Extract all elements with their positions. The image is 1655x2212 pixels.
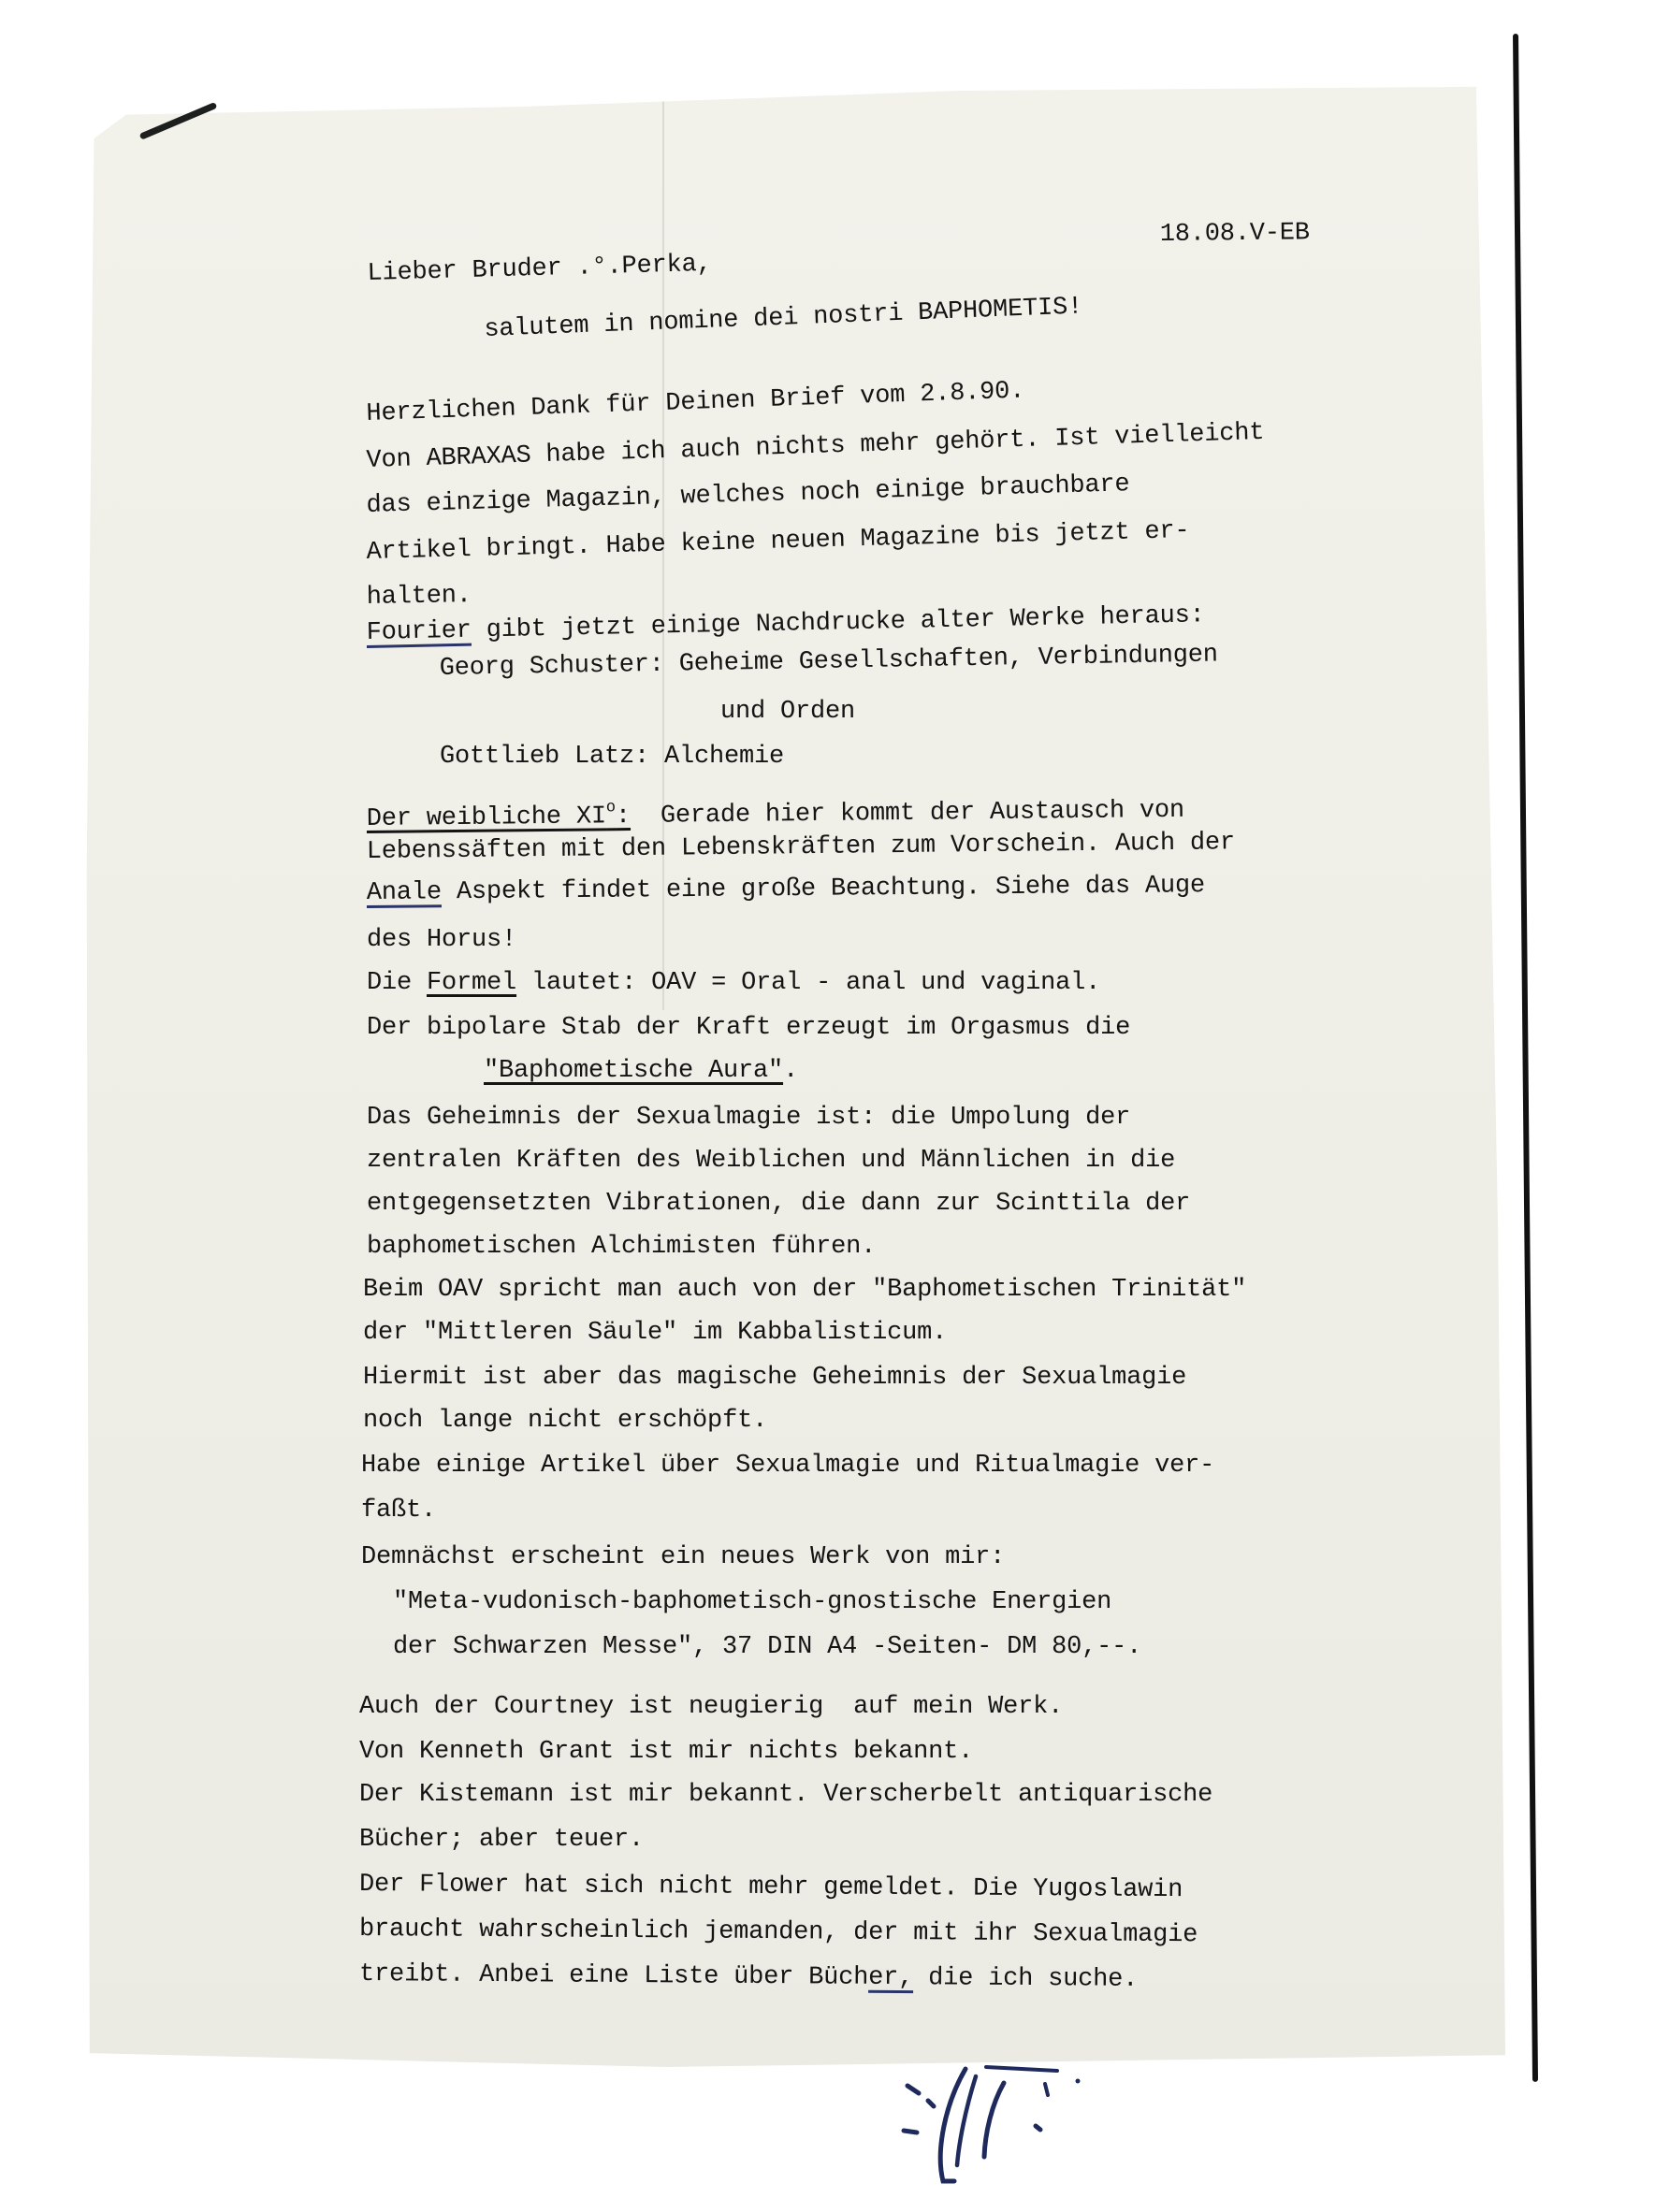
body-line: Bücher; aber teuer. — [359, 1828, 644, 1853]
line-text: . — [783, 1057, 798, 1085]
underlined-weibliche: Der weibliche XIo: — [367, 802, 631, 833]
underlined-pen-mark: er, — [868, 1964, 913, 1992]
body-line: Von Kenneth Grant ist mir nichts bekannt… — [359, 1740, 973, 1765]
body-line-closing: treibt. Anbei eine Liste über Bücher, di… — [359, 1962, 1138, 1993]
page-edge-shadow — [1513, 34, 1538, 2082]
book-title-line: der Schwarzen Messe", 37 DIN A4 -Seiten-… — [393, 1635, 1141, 1660]
body-line: Der bipolare Stab der Kraft erzeugt im O… — [367, 1016, 1130, 1041]
line-text: Der weibliche XI — [367, 802, 606, 833]
body-line: Beim OAV spricht man auch von der "Bapho… — [363, 1278, 1246, 1303]
body-line: Der Flower hat sich nicht mehr gemeldet.… — [359, 1872, 1183, 1903]
body-line: braucht wahrscheinlich jemanden, der mit… — [359, 1917, 1198, 1948]
body-line: der "Mittleren Säule" im Kabbalisticum. — [363, 1321, 947, 1346]
signature-mark — [898, 2058, 1141, 2198]
body-line: Hiermit ist aber das magische Geheimnis … — [363, 1366, 1186, 1391]
line-text: : — [616, 802, 631, 831]
body-line: Das Geheimnis der Sexualmagie ist: die U… — [367, 1106, 1130, 1131]
book-entry-schuster-cont: und Orden — [720, 700, 855, 725]
body-line-formel: Die Formel lautet: OAV = Oral - anal und… — [367, 971, 1100, 996]
line-text: Gerade hier kommt der Austausch von — [631, 797, 1184, 831]
body-line: Habe einige Artikel über Sexualmagie und… — [361, 1453, 1214, 1479]
line-text: Die — [367, 969, 427, 997]
body-line: zentralen Kräften des Weiblichen und Män… — [367, 1149, 1175, 1174]
body-line: entgegensetzten Vibrationen, die dann zu… — [367, 1192, 1190, 1217]
line-text: treibt. Anbei eine Liste über Büch — [359, 1960, 868, 1992]
body-line-aura: "Baphometische Aura". — [484, 1059, 798, 1084]
body-line: baphometischen Alchimisten führen. — [367, 1235, 876, 1260]
body-line: halten. — [367, 584, 472, 611]
degree-mark: o — [606, 799, 616, 817]
body-line: faßt. — [361, 1498, 436, 1524]
book-entry-latz: Gottlieb Latz: Alchemie — [440, 745, 784, 770]
underlined-anale: Anale — [367, 878, 442, 907]
underlined-fourier: Fourier — [366, 617, 472, 647]
body-line: Demnächst erscheint ein neues Werk von m… — [361, 1545, 1005, 1570]
line-text: lautet: OAV = Oral - anal und vaginal. — [516, 969, 1100, 997]
letter-page — [82, 75, 1542, 2067]
body-line: Auch der Courtney ist neugierig auf mein… — [359, 1695, 1063, 1720]
body-line: des Horus! — [367, 928, 516, 953]
line-text: die ich suche. — [913, 1964, 1138, 1994]
underlined-formel: Formel — [427, 969, 516, 997]
letter-reference: 18.08.V-EB — [1160, 221, 1310, 248]
body-line: noch lange nicht erschöpft. — [363, 1409, 767, 1434]
underlined-aura: "Baphometische Aura" — [484, 1057, 783, 1085]
body-line: Der Kistemann ist mir bekannt. Verscherb… — [359, 1783, 1212, 1808]
book-title-line: "Meta-vudonisch-baphometisch-gnostische … — [393, 1590, 1111, 1615]
